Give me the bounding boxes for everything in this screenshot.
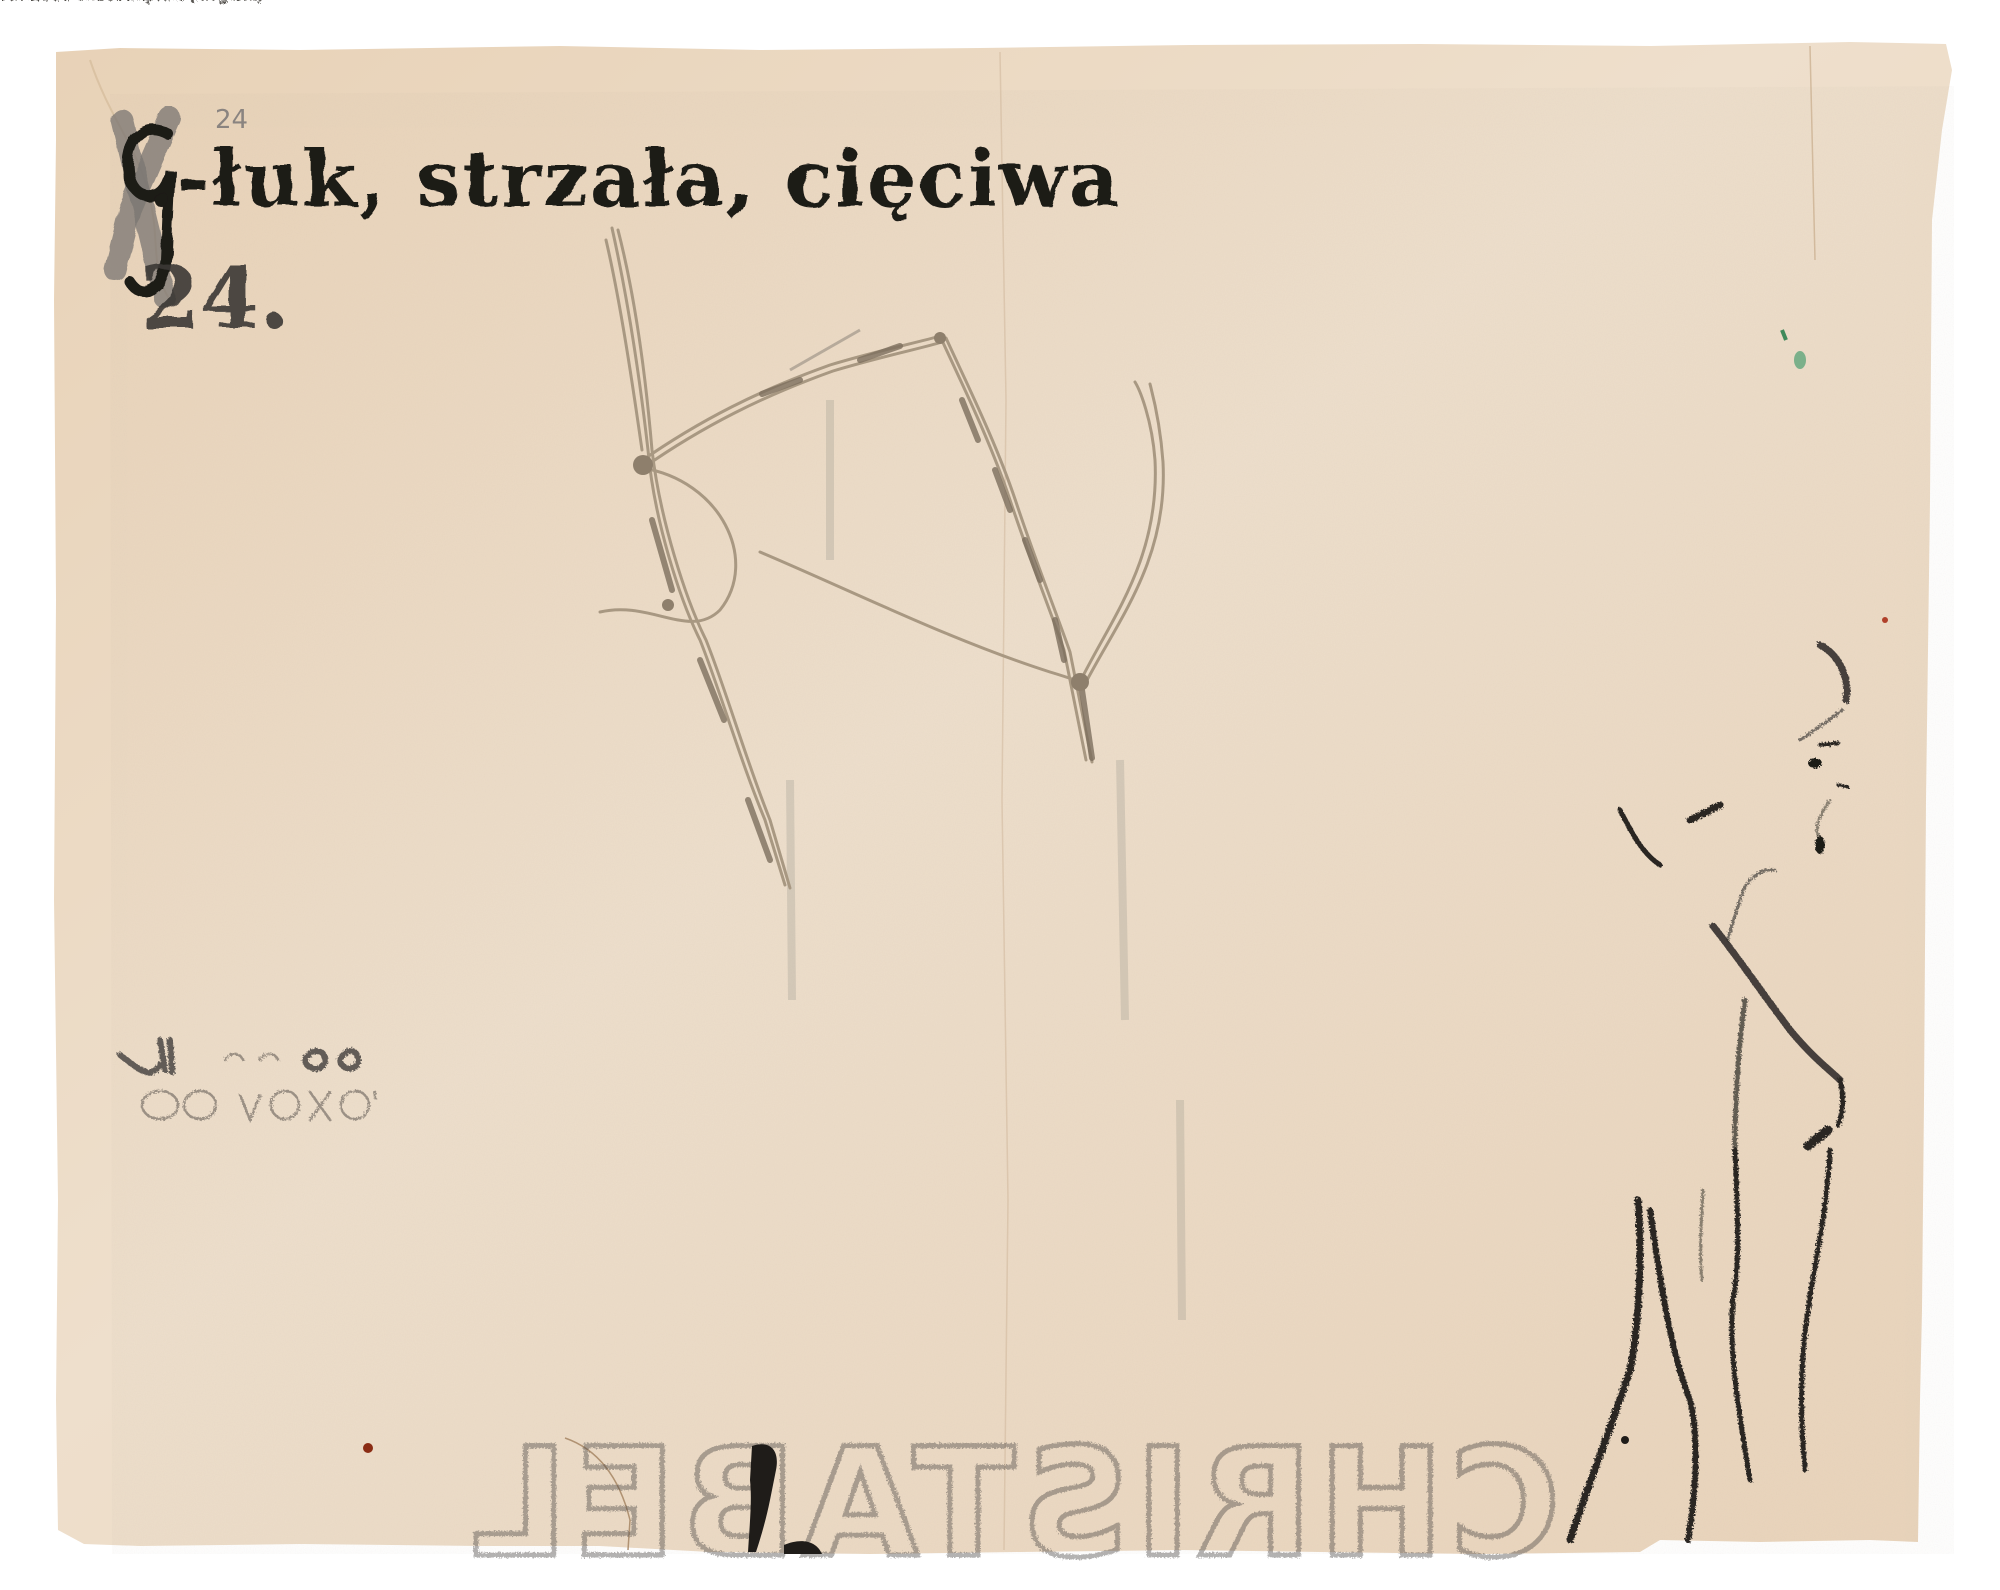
number-pencil: 24 [215, 105, 248, 135]
paper-sheet: .-łuk, strzała, cięciwa 24. 24 [0, 0, 2000, 1590]
christabel-mirrored: CHRISTABEL [466, 1417, 1560, 1590]
number-ink: 24. [140, 248, 290, 349]
offset-stamp-line-1: reversed offset imprint (illegible) [0, 0, 263, 4]
title-text: .-łuk, strzała, cięciwa [148, 134, 1121, 225]
artwork-photo: .-łuk, strzała, cięciwa 24. 24 [0, 0, 2000, 1590]
offset-bottom-lettering: CHRISTABEL [466, 1417, 1560, 1590]
